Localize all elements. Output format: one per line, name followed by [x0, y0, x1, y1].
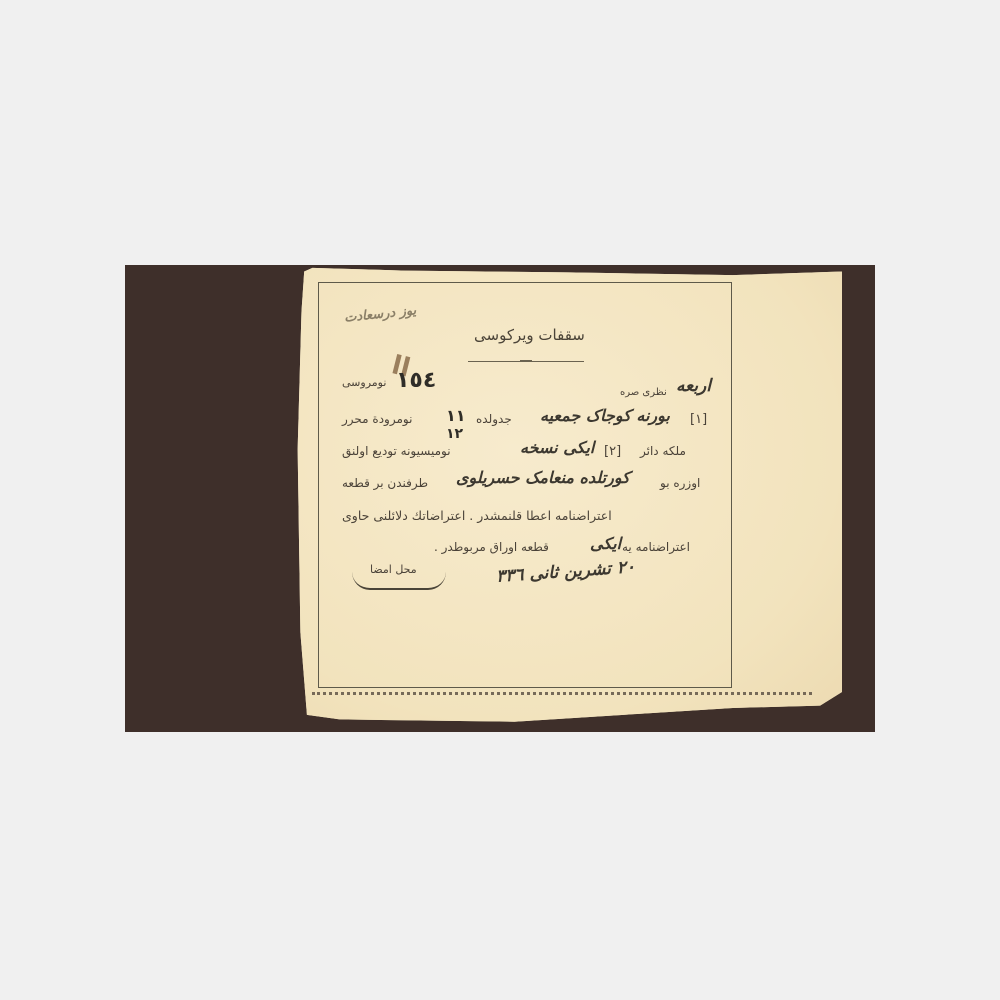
- line3-printed: طرفندن بر قطعه: [342, 476, 428, 490]
- line1-number: ١١: [446, 406, 466, 425]
- line1-printed-1: جدولده: [476, 412, 512, 426]
- line2-number-above: ١٢: [446, 426, 463, 442]
- line5-printed-1: اعتراضنامه یه: [622, 540, 690, 554]
- line1-marker: [١]: [690, 412, 707, 427]
- line4-printed: اعتراضنامه اعطا قلنمشدر . اعتراضاتك دلائ…: [342, 508, 612, 523]
- title-divider: [468, 361, 584, 362]
- line1-printed-2: نومرودة محرر: [342, 412, 412, 426]
- line1-handwritten: بورنه کوجاک جمعیه: [540, 406, 670, 425]
- document-title: سقفات ویرکوسی: [474, 326, 585, 344]
- line5-printed-2: قطعه اوراق مربوطدر .: [434, 540, 549, 554]
- signature-swash: [352, 572, 446, 590]
- line2-printed: نومیسیونه توديع اولنق: [342, 444, 451, 458]
- line3-prefix: اوزره بو: [660, 476, 700, 490]
- line5-handwritten: ایکی: [590, 534, 621, 553]
- line2-handwritten: ایکی نسخه: [520, 438, 594, 457]
- line2-marker: [٢]: [604, 444, 621, 459]
- sira-printed-label: نظری صره: [620, 387, 667, 398]
- sira-handwritten: اربعه: [676, 376, 711, 396]
- line3-handwritten: کورتلده منعامک حسریلوی: [456, 468, 630, 487]
- serial-label: نومروسی: [342, 376, 386, 389]
- serial-number: ١٥٤: [396, 368, 436, 393]
- line2-prefix: ملکه دائر: [640, 444, 686, 458]
- perforation-edge: [312, 692, 812, 701]
